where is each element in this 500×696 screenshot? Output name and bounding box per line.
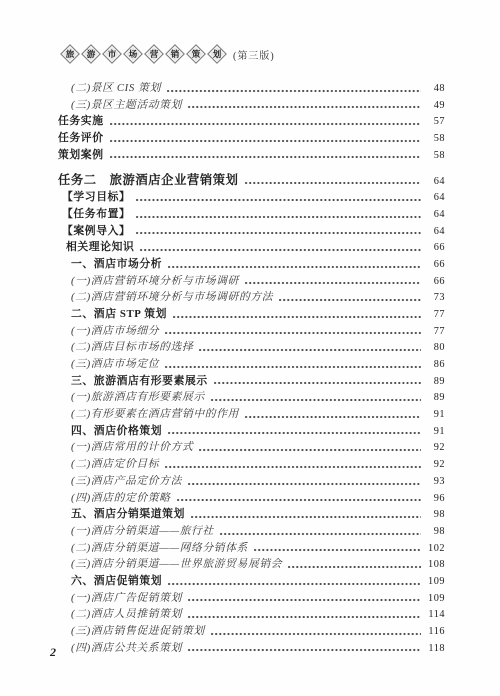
title-char-diamond: 销 — [165, 44, 185, 64]
dot-leader — [136, 231, 421, 235]
edition-label: (第三版) — [233, 47, 275, 62]
toc-entry-title: 【案例导入】 — [62, 223, 130, 240]
toc-entry-page: 98 — [425, 507, 445, 524]
title-char: 销 — [170, 50, 179, 59]
dot-leader — [165, 465, 421, 469]
toc-entry-title: 四、酒店价格策划 — [71, 423, 162, 440]
dot-leader — [165, 365, 421, 369]
title-char-diamond: 营 — [144, 44, 164, 64]
toc-entry-page: 114 — [425, 607, 445, 624]
toc-entry-title: 三、旅游酒店有形要素展示 — [71, 373, 208, 390]
toc-entry-title: (四)酒店的定价策略 — [71, 490, 171, 507]
toc-entry: 【学习目标】64 — [58, 189, 445, 206]
toc-entry: (三)酒店销售促进促销策划116 — [58, 623, 445, 640]
toc-entry-page: 66 — [425, 240, 445, 257]
toc-entry-page: 64 — [425, 174, 445, 191]
toc-entry: 二、酒店 STP 策划77 — [58, 306, 445, 323]
toc-entry-page: 108 — [425, 557, 445, 574]
dot-leader — [136, 198, 421, 202]
toc-entry-title: (三)酒店市场定位 — [71, 356, 159, 373]
toc-entry-title: (二)有形要素在酒店营销中的作用 — [71, 406, 239, 423]
dot-leader — [173, 315, 421, 319]
dot-leader — [188, 648, 421, 652]
title-char-diamond: 旅 — [60, 44, 80, 64]
toc-entry-title: 相关理论知识 — [66, 239, 134, 256]
toc-entry: (一)酒店常用的计价方式92 — [58, 439, 445, 456]
toc-entry: 【任务布置】64 — [58, 206, 445, 223]
dot-leader — [220, 532, 421, 536]
toc-entry: (三)酒店市场定位86 — [58, 356, 445, 373]
toc-entry-title: (三)酒店产品定价方法 — [71, 473, 182, 490]
toc-entry-title: 一、酒店市场分析 — [71, 256, 162, 273]
running-head: 旅游市场营销策划 (第三版) — [59, 45, 275, 63]
toc-entry-page: 77 — [425, 324, 445, 341]
toc-entry-page: 58 — [425, 148, 445, 165]
toc-entry-page: 96 — [425, 491, 445, 508]
toc-entry-page: 64 — [425, 190, 445, 207]
toc-entry: (二)景区 CIS 策划48 — [58, 80, 445, 97]
toc-entry-page: 92 — [425, 457, 445, 474]
title-char-diamond: 市 — [102, 44, 122, 64]
toc-entry-page: 66 — [425, 257, 445, 274]
toc-entry-title: 六、酒店促销策划 — [71, 573, 162, 590]
dot-leader — [110, 139, 421, 143]
dot-leader — [167, 89, 421, 93]
toc-entry: (一)酒店市场细分77 — [58, 323, 445, 340]
toc-entry: 任务评价58 — [58, 130, 445, 147]
toc-entry-title: (二)酒店分销渠道——网络分销体系 — [71, 540, 248, 557]
toc-entry-page: 66 — [425, 274, 445, 291]
toc-entry-title: 【任务布置】 — [62, 206, 130, 223]
toc-entry: 五、酒店分销渠道策划98 — [58, 506, 445, 523]
dot-leader — [254, 548, 421, 552]
toc-entry: (三)酒店分销渠道——世界旅游贸易展销会108 — [58, 556, 445, 573]
toc-entry-title: (一)旅游酒店有形要素展示 — [71, 389, 205, 406]
toc-entry-title: 任务二 旅游酒店企业营销策划 — [58, 172, 239, 189]
toc-entry: 任务实施57 — [58, 113, 445, 130]
toc-entry-page: 93 — [425, 474, 445, 491]
toc-entry-title: 策划案例 — [58, 147, 104, 164]
toc-entry-page: 92 — [425, 440, 445, 457]
toc-entry: (二)酒店目标市场的选择80 — [58, 339, 445, 356]
toc-entry-page: 109 — [425, 591, 445, 608]
toc-entry-page: 98 — [425, 524, 445, 541]
dot-leader — [245, 281, 421, 285]
dot-leader — [165, 331, 421, 335]
toc-entry-page: 118 — [425, 641, 445, 658]
title-char: 营 — [149, 50, 158, 59]
dot-leader — [110, 155, 421, 159]
toc-entry-title: (三)酒店销售促进促销策划 — [71, 623, 205, 640]
dot-leader — [288, 565, 421, 569]
toc-entry-page: 91 — [425, 424, 445, 441]
dot-leader — [199, 448, 421, 452]
title-char: 游 — [86, 50, 95, 59]
title-char: 策 — [191, 50, 200, 59]
dot-leader — [136, 215, 421, 219]
toc-entry: (二)酒店分销渠道——网络分销体系102 — [58, 540, 445, 557]
toc-entry-title: (二)酒店目标市场的选择 — [71, 339, 193, 356]
toc-entry: 相关理论知识66 — [58, 239, 445, 256]
toc-entry-page: 89 — [425, 390, 445, 407]
toc-list: (二)景区 CIS 策划48(三)景区主题活动策划49任务实施57任务评价58策… — [58, 80, 445, 656]
toc-entry-title: (四)酒店公共关系策划 — [71, 640, 182, 657]
toc-entry-title: (三)酒店分销渠道——世界旅游贸易展销会 — [71, 556, 282, 573]
toc-entry-title: 二、酒店 STP 策划 — [71, 306, 167, 323]
toc-entry-title: (一)酒店常用的计价方式 — [71, 439, 193, 456]
dot-leader — [279, 298, 421, 302]
toc-entry: 策划案例58 — [58, 147, 445, 164]
toc-entry-page: 64 — [425, 207, 445, 224]
title-char-diamond: 场 — [123, 44, 143, 64]
dot-leader — [168, 265, 421, 269]
dot-leader — [110, 122, 421, 126]
toc-entry-page: 73 — [425, 290, 445, 307]
toc-entry: (一)旅游酒店有形要素展示89 — [58, 389, 445, 406]
dot-leader — [211, 398, 421, 402]
toc-entry: (二)有形要素在酒店营销中的作用91 — [58, 406, 445, 423]
dot-leader — [168, 431, 421, 435]
toc-entry: 【案例导入】64 — [58, 223, 445, 240]
toc-entry: 任务二 旅游酒店企业营销策划64 — [58, 172, 445, 189]
dot-leader — [168, 582, 421, 586]
toc-entry-page: 49 — [425, 98, 445, 115]
dot-leader — [188, 482, 421, 486]
toc-entry-title: (一)酒店市场细分 — [71, 323, 159, 340]
toc-entry-page: 48 — [425, 81, 445, 98]
toc-entry-page: 77 — [425, 307, 445, 324]
toc-entry-title: (三)景区主题活动策划 — [71, 97, 182, 114]
toc-entry: (一)酒店广告促销策划109 — [58, 590, 445, 607]
toc-entry: (四)酒店的定价策略96 — [58, 490, 445, 507]
toc-entry-title: (二)酒店人员推销策划 — [71, 606, 182, 623]
dot-leader — [177, 498, 421, 502]
title-char: 市 — [107, 50, 116, 59]
toc-entry-page: 116 — [425, 624, 445, 641]
toc-entry: 一、酒店市场分析66 — [58, 256, 445, 273]
title-char-diamond: 游 — [81, 44, 101, 64]
toc-entry: 六、酒店促销策划109 — [58, 573, 445, 590]
toc-entry-page: 91 — [425, 407, 445, 424]
title-char: 旅 — [65, 50, 74, 59]
toc-entry-page: 102 — [425, 541, 445, 558]
title-char-diamond: 划 — [207, 44, 227, 64]
dot-leader — [245, 181, 421, 185]
toc-entry-title: 任务实施 — [58, 113, 104, 130]
dot-leader — [199, 348, 421, 352]
toc-entry-title: (二)景区 CIS 策划 — [71, 80, 161, 97]
dot-leader — [211, 632, 421, 636]
dot-leader — [214, 381, 421, 385]
book-page: 旅游市场营销策划 (第三版) (二)景区 CIS 策划48(三)景区主题活动策划… — [0, 0, 500, 696]
toc-entry-page: 57 — [425, 114, 445, 131]
toc-entry: (二)酒店定价目标92 — [58, 456, 445, 473]
toc-entry-page: 89 — [425, 374, 445, 391]
toc-entry-title: 五、酒店分销渠道策划 — [71, 506, 185, 523]
toc-entry: (一)酒店分销渠道——旅行社98 — [58, 523, 445, 540]
title-char: 场 — [128, 50, 137, 59]
toc-entry: (三)景区主题活动策划49 — [58, 97, 445, 114]
toc-entry-title: (一)酒店营销环境分析与市场调研 — [71, 273, 239, 290]
toc-entry-page: 80 — [425, 340, 445, 357]
dot-leader — [191, 515, 421, 519]
toc-entry-page: 64 — [425, 224, 445, 241]
page-number: 2 — [50, 645, 56, 660]
toc-entry: (一)酒店营销环境分析与市场调研66 — [58, 273, 445, 290]
title-char-diamond: 策 — [186, 44, 206, 64]
dot-leader — [188, 105, 421, 109]
toc-entry-title: (二)酒店营销环境分析与市场调研的方法 — [71, 289, 273, 306]
toc-entry: 三、旅游酒店有形要素展示89 — [58, 373, 445, 390]
dot-leader — [140, 248, 421, 252]
toc-entry-title: 任务评价 — [58, 130, 104, 147]
toc-entry: (二)酒店营销环境分析与市场调研的方法73 — [58, 289, 445, 306]
toc-entry: (二)酒店人员推销策划114 — [58, 606, 445, 623]
book-title: 旅游市场营销策划 — [59, 47, 227, 61]
dot-leader — [188, 598, 421, 602]
toc-entry-page: 109 — [425, 574, 445, 591]
dot-leader — [188, 615, 421, 619]
toc-entry-title: (二)酒店定价目标 — [71, 456, 159, 473]
toc-entry-page: 86 — [425, 357, 445, 374]
toc-entry-title: 【学习目标】 — [62, 189, 130, 206]
toc-entry-page: 58 — [425, 131, 445, 148]
toc-entry: 四、酒店价格策划91 — [58, 423, 445, 440]
toc-entry-title: (一)酒店广告促销策划 — [71, 590, 182, 607]
toc-entry: (三)酒店产品定价方法93 — [58, 473, 445, 490]
dot-leader — [245, 415, 421, 419]
toc-entry-title: (一)酒店分销渠道——旅行社 — [71, 523, 214, 540]
title-char: 划 — [212, 50, 221, 59]
toc-entry: (四)酒店公共关系策划118 — [58, 640, 445, 657]
